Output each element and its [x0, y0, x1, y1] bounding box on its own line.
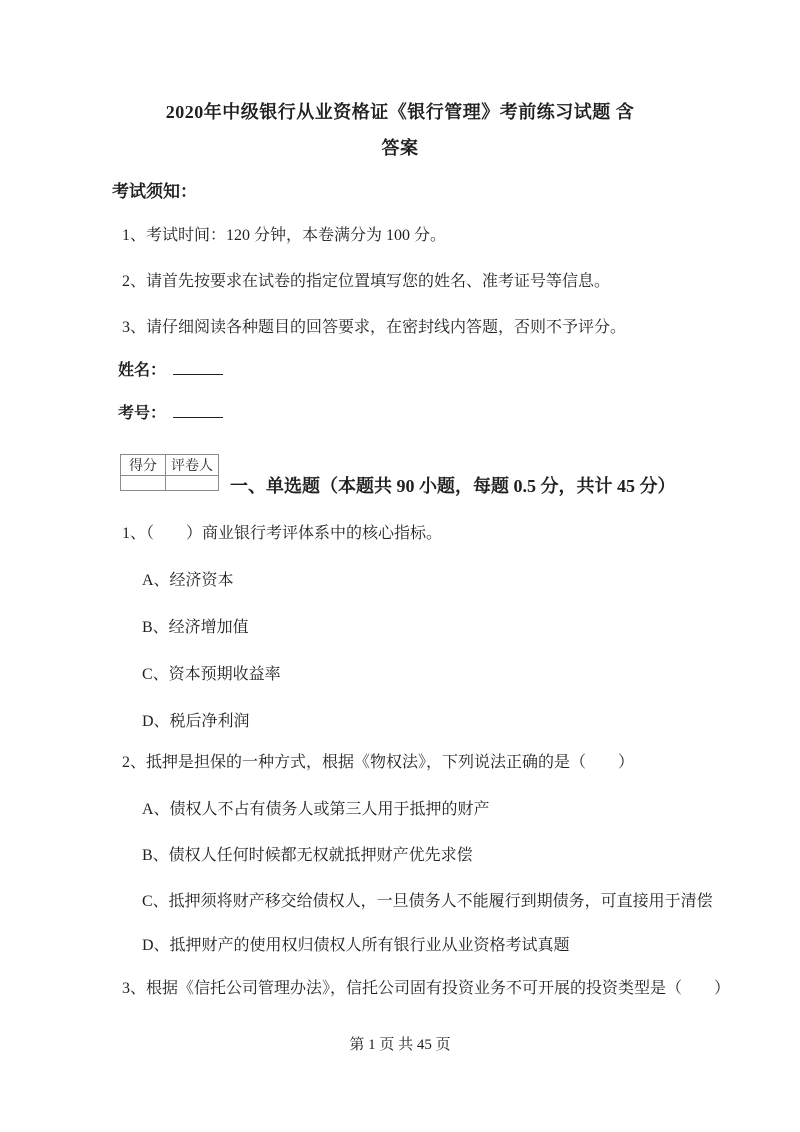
- question-2-option-c: C、抵押须将财产移交给债权人，一旦债务人不能履行到期债务，可直接用于清偿: [142, 892, 713, 912]
- score-table-header-score: 得分: [121, 455, 166, 476]
- notice-item-3: 3、请仔细阅读各种题目的回答要求，在密封线内答题，否则不予评分。: [122, 318, 626, 338]
- question-1-option-a: A、经济资本: [142, 571, 234, 591]
- score-table-header-grader: 评卷人: [166, 455, 219, 476]
- exam-notice-heading: 考试须知：: [112, 181, 197, 202]
- name-blank-line: [173, 360, 223, 375]
- exam-number-field: 考号：: [118, 403, 223, 424]
- question-2-option-d: D、抵押财产的使用权归债权人所有银行业从业资格考试真题: [142, 936, 570, 956]
- question-1-stem: 1、（ ）商业银行考评体系中的核心指标。: [122, 524, 442, 544]
- question-1-option-c: C、资本预期收益率: [142, 665, 281, 685]
- score-table-value-row: [121, 476, 219, 491]
- question-2-stem: 2、抵押是担保的一种方式，根据《物权法》，下列说法正确的是（ ）: [122, 753, 634, 773]
- exam-document-page: 2020年中级银行从业资格证《银行管理》考前练习试题 含 答案 考试须知： 1、…: [0, 0, 800, 1132]
- score-table-cell-score: [121, 476, 166, 491]
- document-title-line-1: 2020年中级银行从业资格证《银行管理》考前练习试题 含: [0, 101, 800, 124]
- question-1-option-b: B、经济增加值: [142, 618, 249, 638]
- notice-item-2: 2、请首先按要求在试卷的指定位置填写您的姓名、准考证号等信息。: [122, 272, 610, 292]
- question-2-option-b: B、债权人任何时候都无权就抵押财产优先求偿: [142, 846, 473, 866]
- question-2-option-a: A、债权人不占有债务人或第三人用于抵押的财产: [142, 800, 490, 820]
- name-label: 姓名：: [118, 362, 166, 379]
- score-table-header-row: 得分 评卷人: [121, 455, 219, 476]
- score-table-cell-grader: [166, 476, 219, 491]
- question-1-option-d: D、税后净利润: [142, 712, 250, 732]
- notice-item-1: 1、考试时间：120 分钟，本卷满分为 100 分。: [122, 226, 446, 246]
- question-3-stem: 3、根据《信托公司管理办法》，信托公司固有投资业务不可开展的投资类型是（ ）: [122, 979, 730, 999]
- score-table: 得分 评卷人: [120, 454, 219, 491]
- page-footer: 第 1 页 共 45 页: [0, 1036, 800, 1055]
- exam-number-blank-line: [173, 403, 223, 418]
- document-title-line-2: 答案: [0, 137, 800, 160]
- section-heading-single-choice: 一、单选题（本题共 90 小题，每题 0.5 分，共计 45 分）: [230, 475, 676, 498]
- exam-number-label: 考号：: [118, 405, 166, 422]
- name-field: 姓名：: [118, 360, 223, 381]
